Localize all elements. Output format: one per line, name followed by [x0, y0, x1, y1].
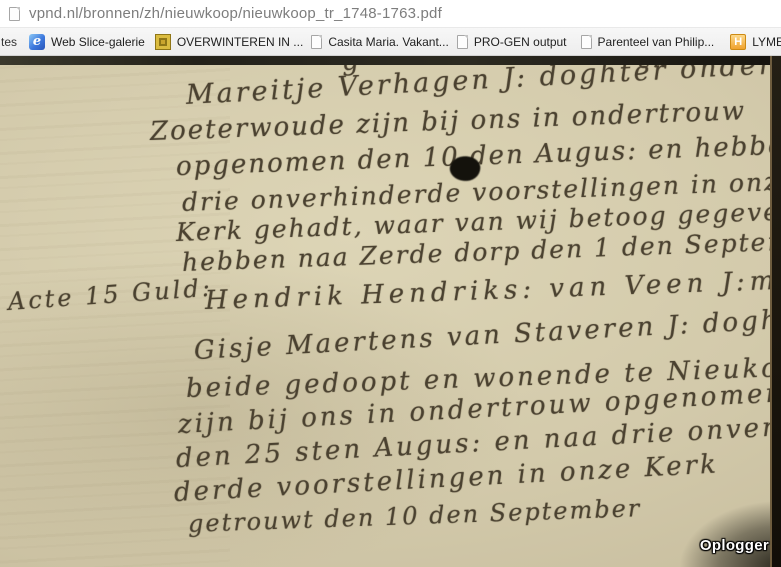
- bookmarks-bar: tes e Web Slice-galerie OVERWINTEREN IN …: [0, 28, 781, 56]
- page-icon: [311, 35, 322, 49]
- page-icon: [457, 35, 468, 49]
- scan-edge-top: [0, 56, 781, 65]
- bookmark-label: OVERWINTEREN IN ...: [177, 35, 303, 49]
- bookmark-lymec[interactable]: H LYMEC: [730, 34, 781, 50]
- page-icon: [581, 35, 592, 49]
- bookmark-casita-maria[interactable]: Casita Maria. Vakant...: [311, 35, 449, 49]
- bookmark-overwinteren[interactable]: OVERWINTEREN IN ...: [155, 34, 303, 50]
- bookmark-label-cut[interactable]: tes: [1, 35, 17, 49]
- bookmark-label: Parenteel van Philip...: [598, 35, 715, 49]
- url-bar[interactable]: vpnd.nl/bronnen/zh/nieuwkoop/nieuwkoop_t…: [0, 0, 781, 28]
- ie-logo-icon: e: [29, 34, 45, 50]
- address-url[interactable]: vpnd.nl/bronnen/zh/nieuwkoop/nieuwkoop_t…: [29, 5, 442, 22]
- gold-square-icon: [155, 34, 171, 50]
- oplogger-watermark: Oplogger: [700, 537, 769, 554]
- h-logo-icon: H: [730, 34, 746, 50]
- bookmark-label: Web Slice-galerie: [51, 35, 145, 49]
- pdf-viewer-manuscript-scan: g' en Mareitje Verhagen J: doghter onder…: [0, 56, 781, 567]
- bookmark-parenteel[interactable]: Parenteel van Philip...: [581, 35, 715, 49]
- bookmark-label: LYMEC: [752, 35, 781, 49]
- bookmark-label: PRO-GEN output: [474, 35, 567, 49]
- scan-edge-right: [770, 56, 781, 567]
- page-icon: [9, 7, 20, 21]
- bookmark-pro-gen-output[interactable]: PRO-GEN output: [457, 35, 567, 49]
- bookmark-web-slice-galerie[interactable]: e Web Slice-galerie: [29, 34, 145, 50]
- bookmark-label: Casita Maria. Vakant...: [328, 35, 449, 49]
